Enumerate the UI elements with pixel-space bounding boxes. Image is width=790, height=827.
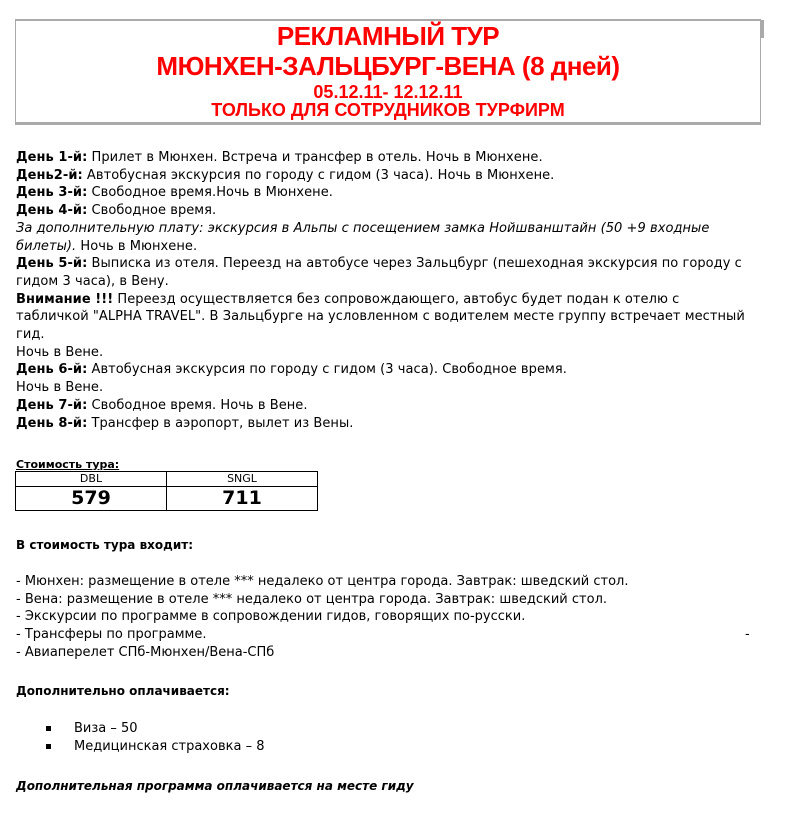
includes-list: - Мюнхен: размещение в отеле *** недалек…	[16, 573, 776, 662]
price-value-dbl: 579	[16, 487, 167, 511]
price-label: Стоимость тура:	[16, 459, 119, 471]
includes-item: - Вена: размещение в отеле *** недалеко …	[16, 591, 776, 609]
tour-dates: 05.12.11- 12.12.11	[16, 82, 760, 102]
tour-route: МЮНХЕН-ЗАЛЬЦБУРГ-ВЕНА (8 дней)	[16, 51, 760, 81]
price-value-sngl: 711	[167, 487, 318, 511]
includes-item: - Трансферы по программе.-	[16, 626, 776, 644]
itinerary-day-1: День 1-й: Прилет в Мюнхен. Встреча и тра…	[16, 149, 776, 167]
itinerary-day-8: День 8-й: Трансфер в аэропорт, вылет из …	[16, 415, 776, 433]
tour-audience: ТОЛЬКО ДЛЯ СОТРУДНИКОВ ТУРФИРМ	[16, 100, 760, 120]
footer-note: Дополнительная программа оплачивается на…	[16, 779, 414, 793]
includes-item: - Экскурсии по программе в сопровождении…	[16, 608, 776, 626]
square-bullet-icon	[46, 726, 51, 731]
trailing-dash: -	[745, 626, 750, 644]
square-bullet-icon	[46, 744, 51, 749]
itinerary-day-4: День 4-й: Свободное время.	[16, 202, 776, 220]
itinerary-day-2: День2-й: Автобусная экскурсия по городу …	[16, 167, 776, 185]
itinerary-day-3: День 3-й: Свободное время.Ночь в Мюнхене…	[16, 184, 776, 202]
price-header-sngl: SNGL	[167, 472, 318, 487]
itinerary-day-5: День 5-й: Выписка из отеля. Переезд на а…	[16, 255, 766, 290]
tour-header: РЕКЛАМНЫЙ ТУР МЮНХЕН-ЗАЛЬЦБУРГ-ВЕНА (8 д…	[15, 19, 761, 125]
tour-title: РЕКЛАМНЫЙ ТУР	[16, 21, 760, 51]
itinerary-day-6: День 6-й: Автобусная экскурсия по городу…	[16, 361, 776, 379]
itinerary: День 1-й: Прилет в Мюнхен. Встреча и тра…	[16, 149, 776, 432]
itinerary-optional-excursion: За дополнительную плату: экскурсия в Аль…	[16, 220, 716, 255]
extras-title: Дополнительно оплачивается:	[16, 684, 230, 698]
includes-item: - Мюнхен: размещение в отеле *** недалек…	[16, 573, 776, 591]
itinerary-day-7: День 7-й: Свободное время. Ночь в Вене.	[16, 397, 776, 415]
itinerary-night-vienna: Ночь в Вене.	[16, 344, 776, 362]
header-edge-marker	[761, 20, 764, 38]
includes-item: - Авиаперелет СПб-Мюнхен/Вена-СПб	[16, 644, 776, 662]
price-table: DBL SNGL 579 711	[15, 471, 318, 511]
includes-title: В стоимость тура входит:	[16, 538, 193, 552]
itinerary-attention: Внимание !!! Переезд осуществляется без …	[16, 291, 756, 344]
itinerary-night-vienna-2: Ночь в Вене.	[16, 379, 776, 397]
price-header-dbl: DBL	[16, 472, 167, 487]
